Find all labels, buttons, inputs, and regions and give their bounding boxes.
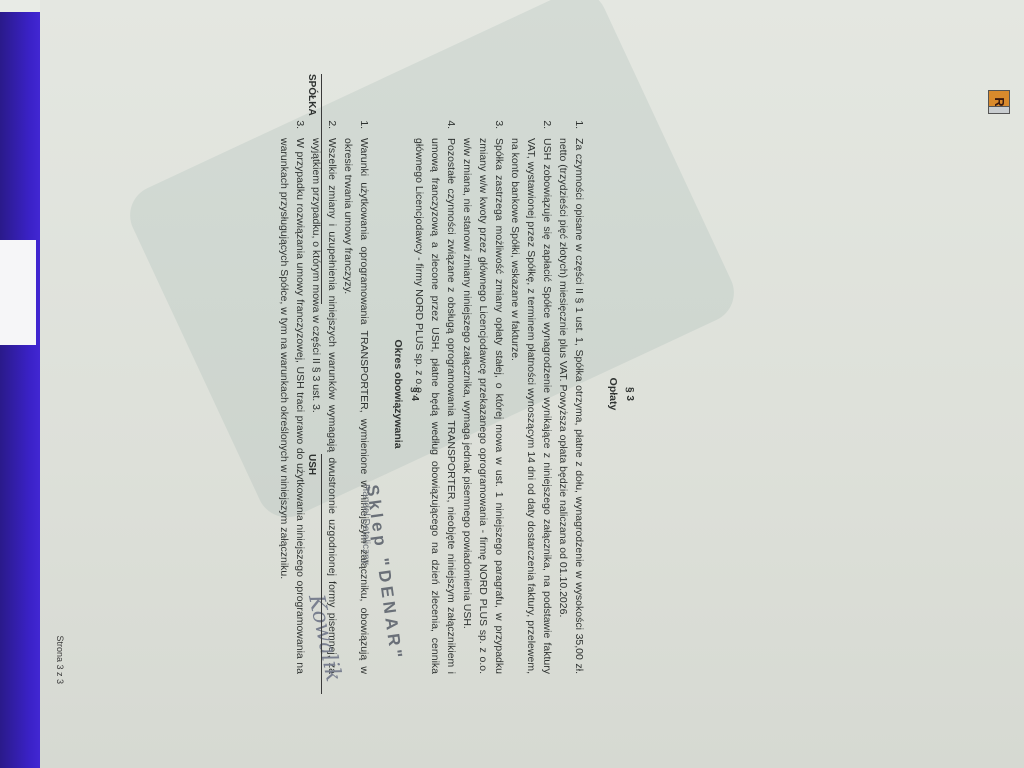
company-stamp: Sklep "DENAR" Handel Detaliczny Kowalik: [282, 484, 392, 704]
section-4-number: § 4: [406, 114, 422, 674]
section-3-list: Za czynności opisane w części II § 1 ust…: [411, 114, 587, 674]
logo-bar: [989, 106, 1009, 113]
section-3-title: Opłaty: [605, 114, 621, 674]
signature-block-ush: USH: [303, 454, 322, 694]
document-page: R § 3 Opłaty Za czynności opisane w częś…: [52, 14, 1012, 754]
signature-block-company: SPÓŁKA: [303, 74, 322, 304]
paper-sheet: R § 3 Opłaty Za czynności opisane w częś…: [40, 0, 1024, 768]
company-logo-icon: R: [988, 90, 1010, 114]
binder-tab: [0, 240, 36, 345]
signature-label-company: SPÓŁKA: [303, 74, 322, 304]
signature-label-ush: USH: [303, 454, 322, 694]
section-3-number: § 3: [621, 114, 637, 674]
list-item: Spółka zastrzega możliwość zmiany opłaty…: [459, 132, 507, 674]
list-item: USH zobowiązuje się zapłacić Spółce wyna…: [507, 132, 555, 674]
list-item: Za czynności opisane w części II § 1 ust…: [555, 132, 587, 674]
page-footer: Strona 3 z 3: [52, 635, 68, 684]
section-3: § 3 Opłaty Za czynności opisane w części…: [411, 114, 637, 674]
